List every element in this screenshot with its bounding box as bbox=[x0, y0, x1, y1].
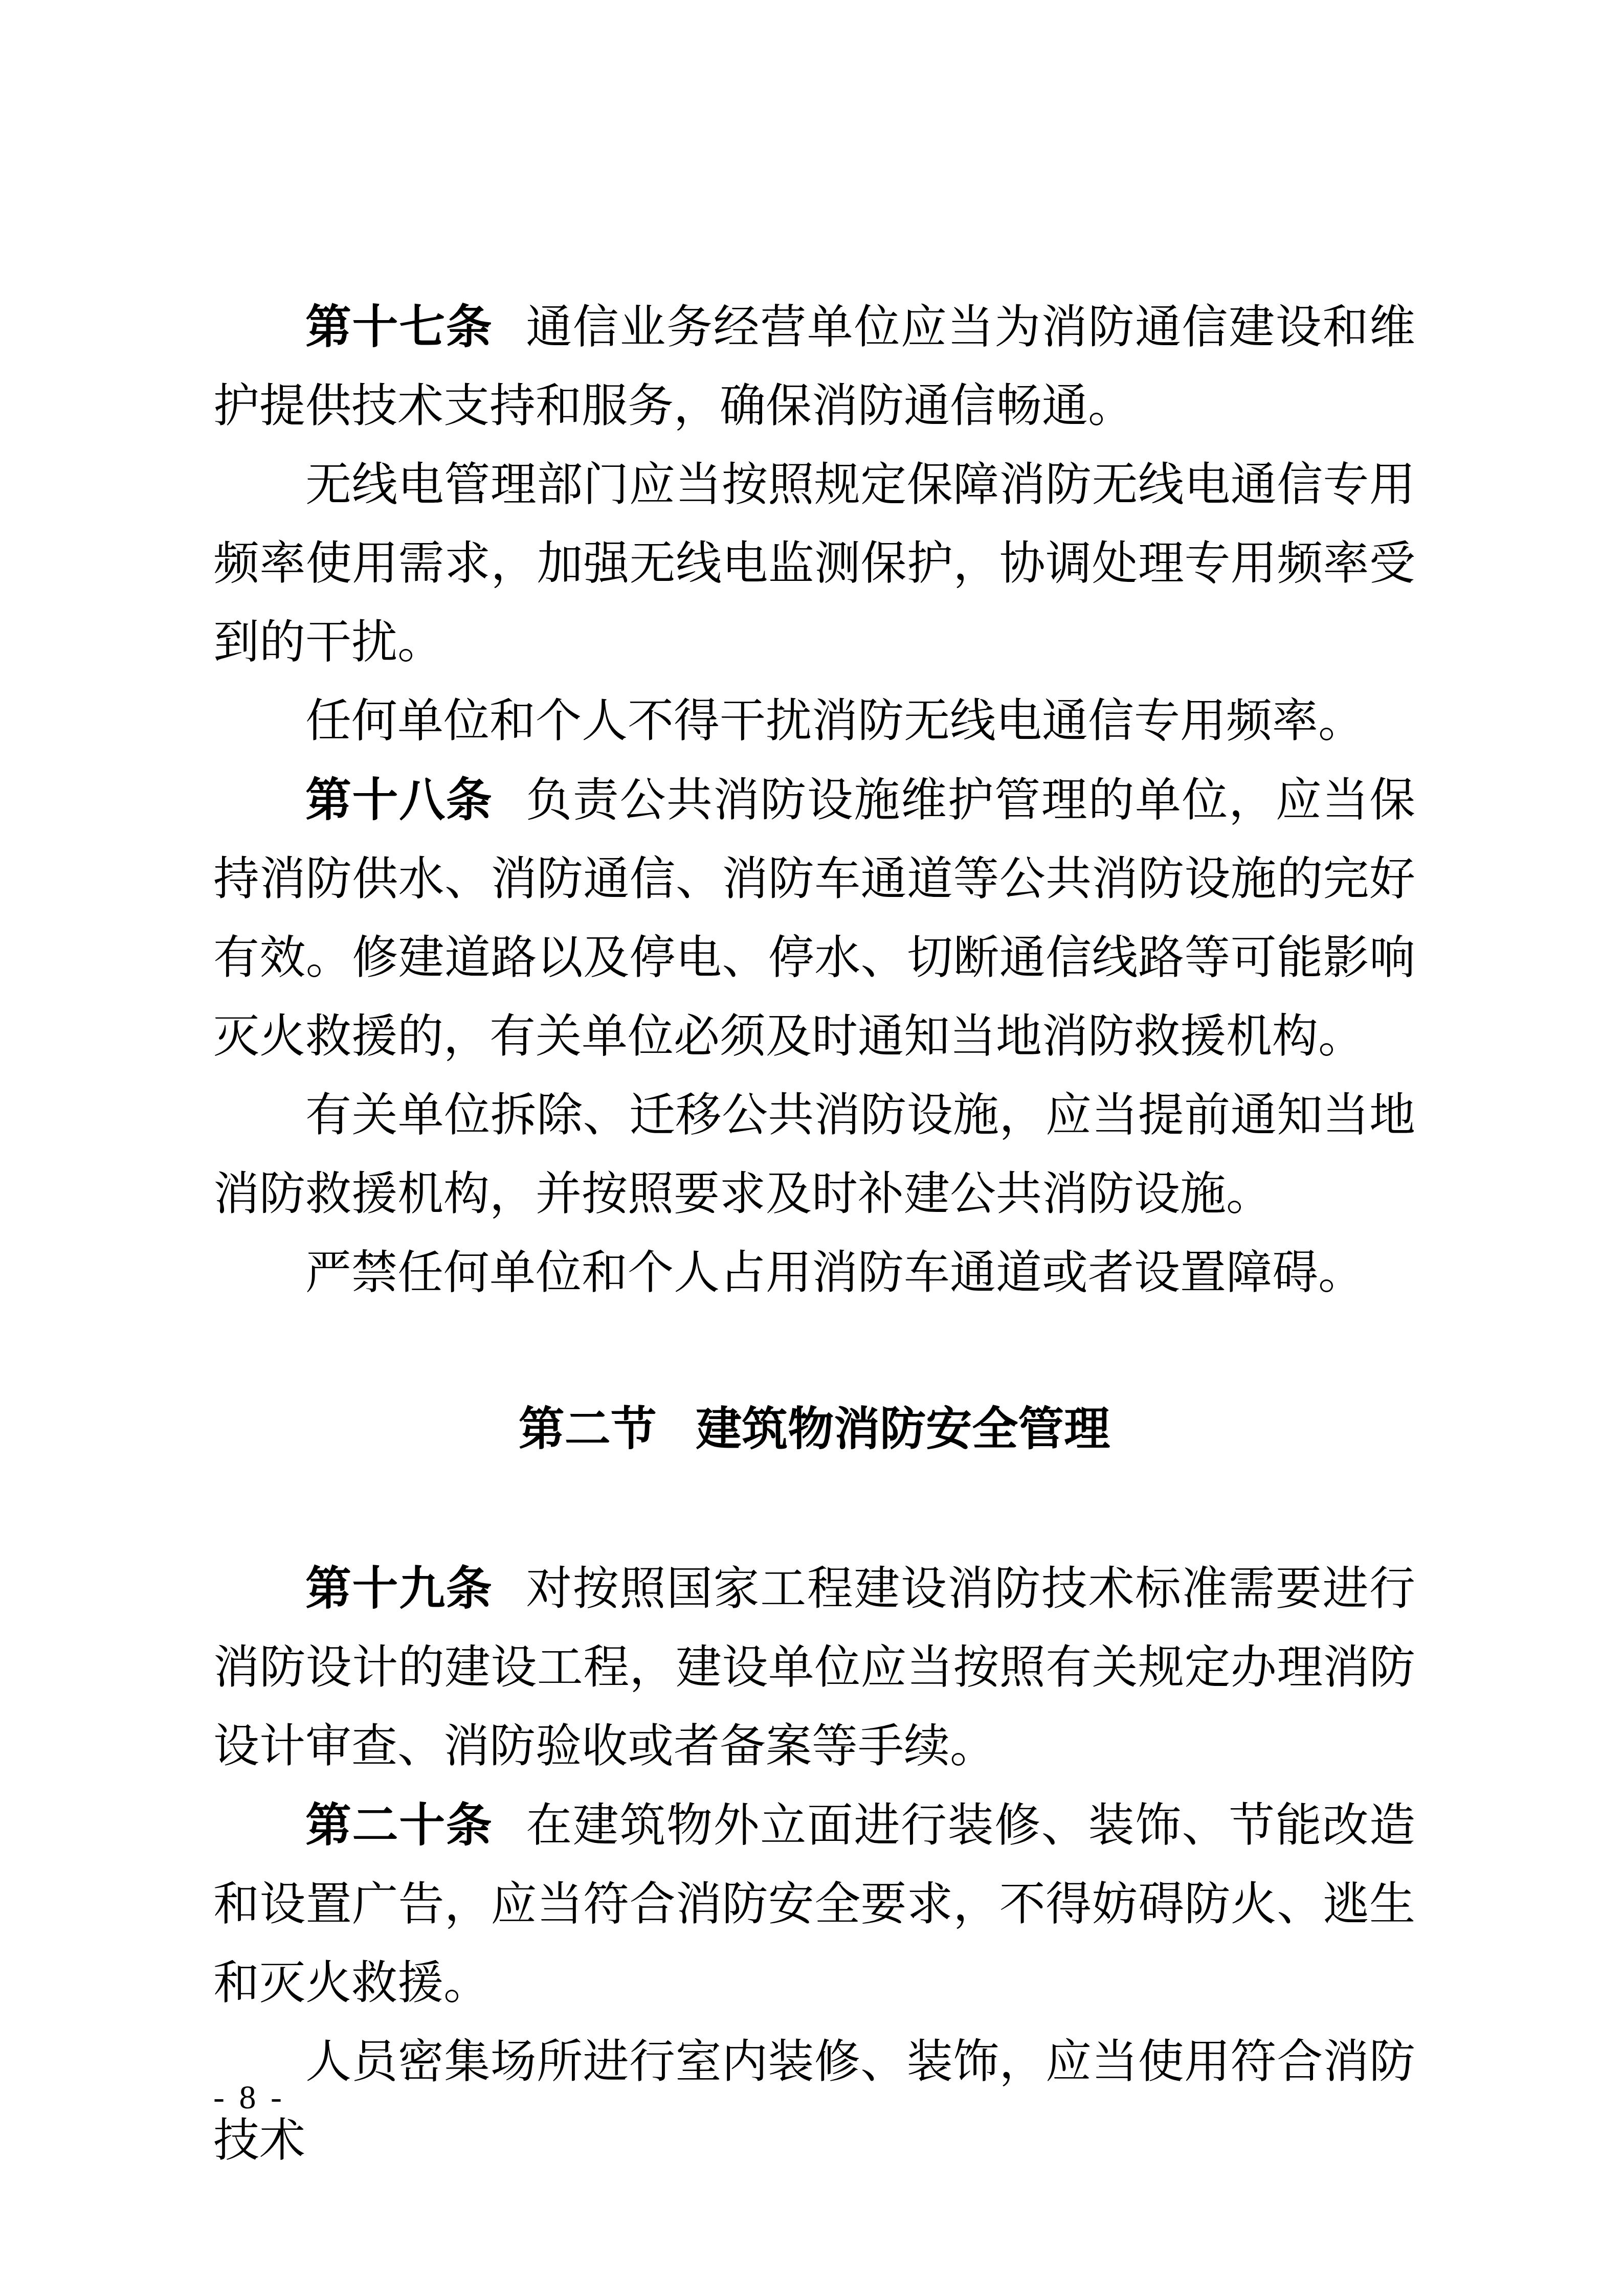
paragraph-article-20: 第二十条在建筑物外立面进行装修、装饰、节能改造和设置广告，应当符合消防安全要求，… bbox=[213, 1786, 1415, 2023]
page-number: - 8 - bbox=[213, 2079, 285, 2116]
document-page: 第十七条通信业务经营单位应当为消防通信建设和维护提供技术支持和服务，确保消防通信… bbox=[0, 0, 1624, 2296]
article-20-number: 第二十条 bbox=[305, 1800, 493, 1851]
section-title: 建筑物消防安全管理 bbox=[696, 1404, 1110, 1455]
paragraph-article-18: 第十八条负责公共消防设施维护管理的单位，应当保持消防供水、消防通信、消防车通道等… bbox=[213, 761, 1415, 1076]
paragraph-interior-decoration: 人员密集场所进行室内装修、装饰，应当使用符合消防技术 bbox=[213, 2023, 1415, 2180]
paragraph-text: 任何单位和个人不得干扰消防无线电通信专用频率。 bbox=[305, 696, 1364, 747]
article-18-number: 第十八条 bbox=[305, 775, 493, 826]
article-17-number: 第十七条 bbox=[305, 302, 493, 353]
paragraph-facility-relocation: 有关单位拆除、迁移公共消防设施，应当提前通知当地消防救援机构，并按照要求及时补建… bbox=[213, 1076, 1415, 1234]
paragraph-article-19: 第十九条对按照国家工程建设消防技术标准需要进行消防设计的建设工程，建设单位应当按… bbox=[213, 1549, 1415, 1786]
section-heading: 第二节建筑物消防安全管理 bbox=[213, 1390, 1415, 1469]
paragraph-text: 有关单位拆除、迁移公共消防设施，应当提前通知当地消防救援机构，并按照要求及时补建… bbox=[213, 1090, 1415, 1220]
paragraph-no-interference: 任何单位和个人不得干扰消防无线电通信专用频率。 bbox=[213, 682, 1415, 761]
paragraph-text: 无线电管理部门应当按照规定保障消防无线电通信专用频率使用需求，加强无线电监测保护… bbox=[213, 460, 1415, 668]
paragraph-no-occupation: 严禁任何单位和个人占用消防车通道或者设置障碍。 bbox=[213, 1234, 1415, 1313]
paragraph-text: 严禁任何单位和个人占用消防车通道或者设置障碍。 bbox=[305, 1248, 1364, 1298]
article-19-number: 第十九条 bbox=[305, 1563, 493, 1614]
paragraph-text: 人员密集场所进行室内装修、装饰，应当使用符合消防技术 bbox=[213, 2037, 1415, 2166]
section-number: 第二节 bbox=[519, 1404, 657, 1455]
paragraph-article-17: 第十七条通信业务经营单位应当为消防通信建设和维护提供技术支持和服务，确保消防通信… bbox=[213, 288, 1415, 446]
page-footer: - 8 - bbox=[213, 2077, 285, 2118]
paragraph-radio-frequency: 无线电管理部门应当按照规定保障消防无线电通信专用频率使用需求，加强无线电监测保护… bbox=[213, 446, 1415, 682]
document-body: 第十七条通信业务经营单位应当为消防通信建设和维护提供技术支持和服务，确保消防通信… bbox=[213, 288, 1415, 2180]
